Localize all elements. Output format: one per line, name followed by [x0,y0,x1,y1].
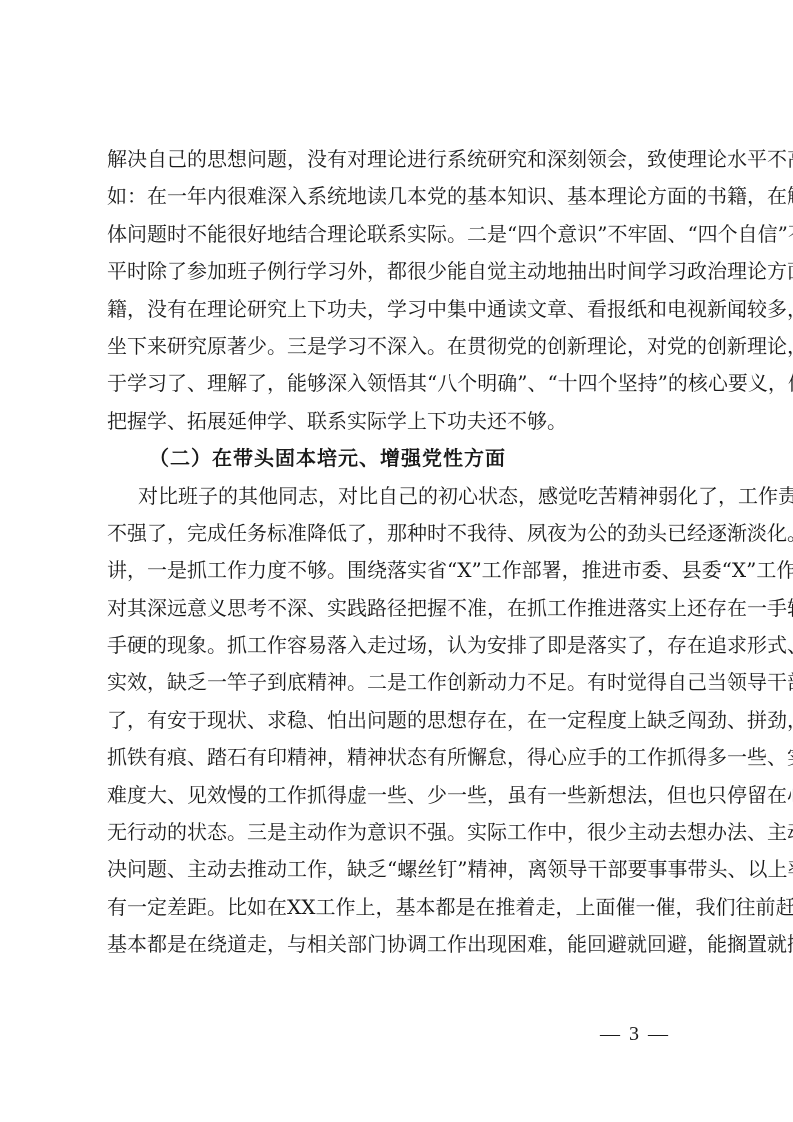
paragraph-2-line: 对比班子的其他同志，对比自己的初心状态，感觉吃苦精神弱化了，工作责任心 [107,478,694,515]
paragraph-1-line: 籍，没有在理论研究上下功夫，学习中集中通读文章、看报纸和电视新闻较多，认真 [107,291,694,328]
paragraph-2-line: 决问题、主动去推动工作，缺乏“螺丝钉”精神，离领导干部要事事带头、以上率下还 [107,851,694,888]
paragraph-1-line: 于学习了、理解了，能够深入领悟其“八个明确”、“十四个坚持”的核心要义，但在系统 [107,365,694,402]
paragraph-1-line: 解决自己的思想问题，没有对理论进行系统研究和深刻领会，致使理论水平不高。比 [107,141,694,178]
paragraph-1-line: 坐下来研究原著少。三是学习不深入。在贯彻党的创新理论，对党的创新理论，满足 [107,328,694,365]
paragraph-2-line: 无行动的状态。三是主动作为意识不强。实际工作中，很少主动去想办法、主动去解 [107,814,694,851]
paragraph-2-line: 有一定差距。比如在XX工作上，基本都是在推着走，上面催一催，我们往前赶一赶； [107,889,694,926]
paragraph-2-line: 对其深远意义思考不深、实践路径把握不准，在抓工作推进落实上还存在一手软、一 [107,590,694,627]
paragraph-2-line: 不强了，完成任务标准降低了，那种时不我待、夙夜为公的劲头已经逐渐淡化。具体 [107,515,694,552]
paragraph-1-line: 平时除了参加班子例行学习外，都很少能自觉主动地抽出时间学习政治理论方面的书 [107,253,694,290]
paragraph-1-line: 体问题时不能很好地结合理论联系实际。二是“四个意识”不牢固、“四个自信”不坚定。 [107,216,694,253]
document-page: 解决自己的思想问题，没有对理论进行系统研究和深刻领会，致使理论水平不高。比 如：… [0,0,793,1122]
paragraph-1-line: 把握学、拓展延伸学、联系实际学上下功夫还不够。 [107,403,694,440]
paragraph-2-line: 了，有安于现状、求稳、怕出问题的思想存在，在一定程度上缺乏闯劲、拼劲，缺乏 [107,702,694,739]
paragraph-2-line: 抓铁有痕、踏石有印精神，精神状态有所懈怠，得心应手的工作抓得多一些、实一些， [107,739,694,776]
section-heading: （二）在带头固本培元、增强党性方面 [107,440,694,477]
paragraph-2-line: 难度大、见效慢的工作抓得虚一些、少一些，虽有一些新想法，但也只停留在心动而 [107,777,694,814]
document-body: 解决自己的思想问题，没有对理论进行系统研究和深刻领会，致使理论水平不高。比 如：… [107,141,694,964]
paragraph-2-line: 实效，缺乏一竿子到底精神。二是工作创新动力不足。有时觉得自己当领导干部多年 [107,664,694,701]
paragraph-1-line: 如：在一年内很难深入系统地读几本党的基本知识、基本理论方面的书籍，在解决具 [107,178,694,215]
page-number: — 3 — [600,1023,670,1046]
paragraph-2-line: 讲，一是抓工作力度不够。围绕落实省“X”工作部署，推进市委、县委“X”工作举措， [107,552,694,589]
paragraph-2-line: 基本都是在绕道走，与相关部门协调工作出现困难，能回避就回避，能搁置就搁置， [107,926,694,963]
paragraph-2-line: 手硬的现象。抓工作容易落入走过场，认为安排了即是落实了，存在追求形式、忽略 [107,627,694,664]
